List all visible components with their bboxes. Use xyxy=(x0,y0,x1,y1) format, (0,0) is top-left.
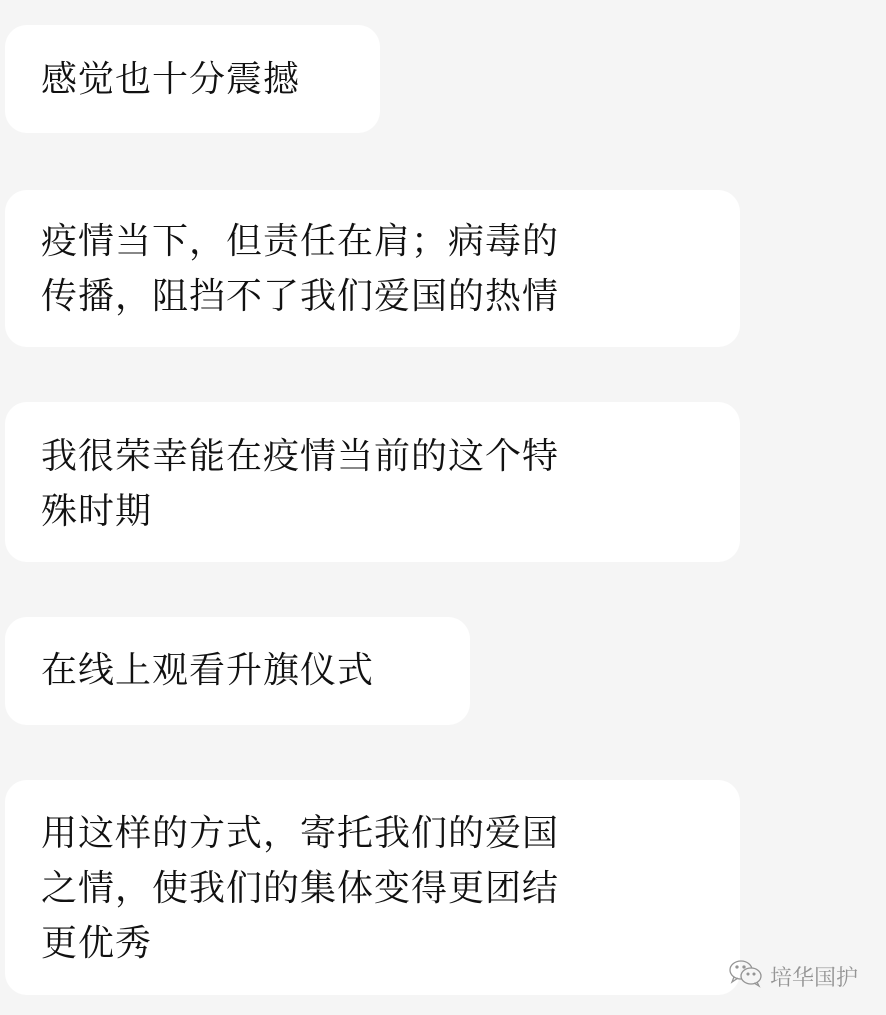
message-text: 用这样的方式，寄托我们的爱国 xyxy=(41,806,740,861)
wechat-icon xyxy=(728,958,764,994)
message-text: 之情，使我们的集体变得更团结 xyxy=(41,861,740,916)
chat-bubble: 我很荣幸能在疫情当前的这个特 殊时期 xyxy=(5,402,740,562)
message-text: 殊时期 xyxy=(41,484,740,539)
message-text: 在线上观看升旗仪式 xyxy=(41,643,470,698)
message-text: 我很荣幸能在疫情当前的这个特 xyxy=(41,429,740,484)
chat-bubble: 感觉也十分震撼 xyxy=(5,25,380,133)
watermark: 培华国护 xyxy=(728,958,858,994)
chat-bubble: 用这样的方式，寄托我们的爱国 之情，使我们的集体变得更团结 更优秀 xyxy=(5,780,740,995)
watermark-text: 培华国护 xyxy=(770,961,858,992)
chat-bubble: 在线上观看升旗仪式 xyxy=(5,617,470,725)
message-text: 更优秀 xyxy=(41,916,740,971)
message-text: 疫情当下，但责任在肩；病毒的 xyxy=(41,214,740,269)
chat-bubble: 疫情当下，但责任在肩；病毒的 传播，阻挡不了我们爱国的热情 xyxy=(5,190,740,347)
message-text: 感觉也十分震撼 xyxy=(41,52,380,107)
message-text: 传播，阻挡不了我们爱国的热情 xyxy=(41,269,740,324)
